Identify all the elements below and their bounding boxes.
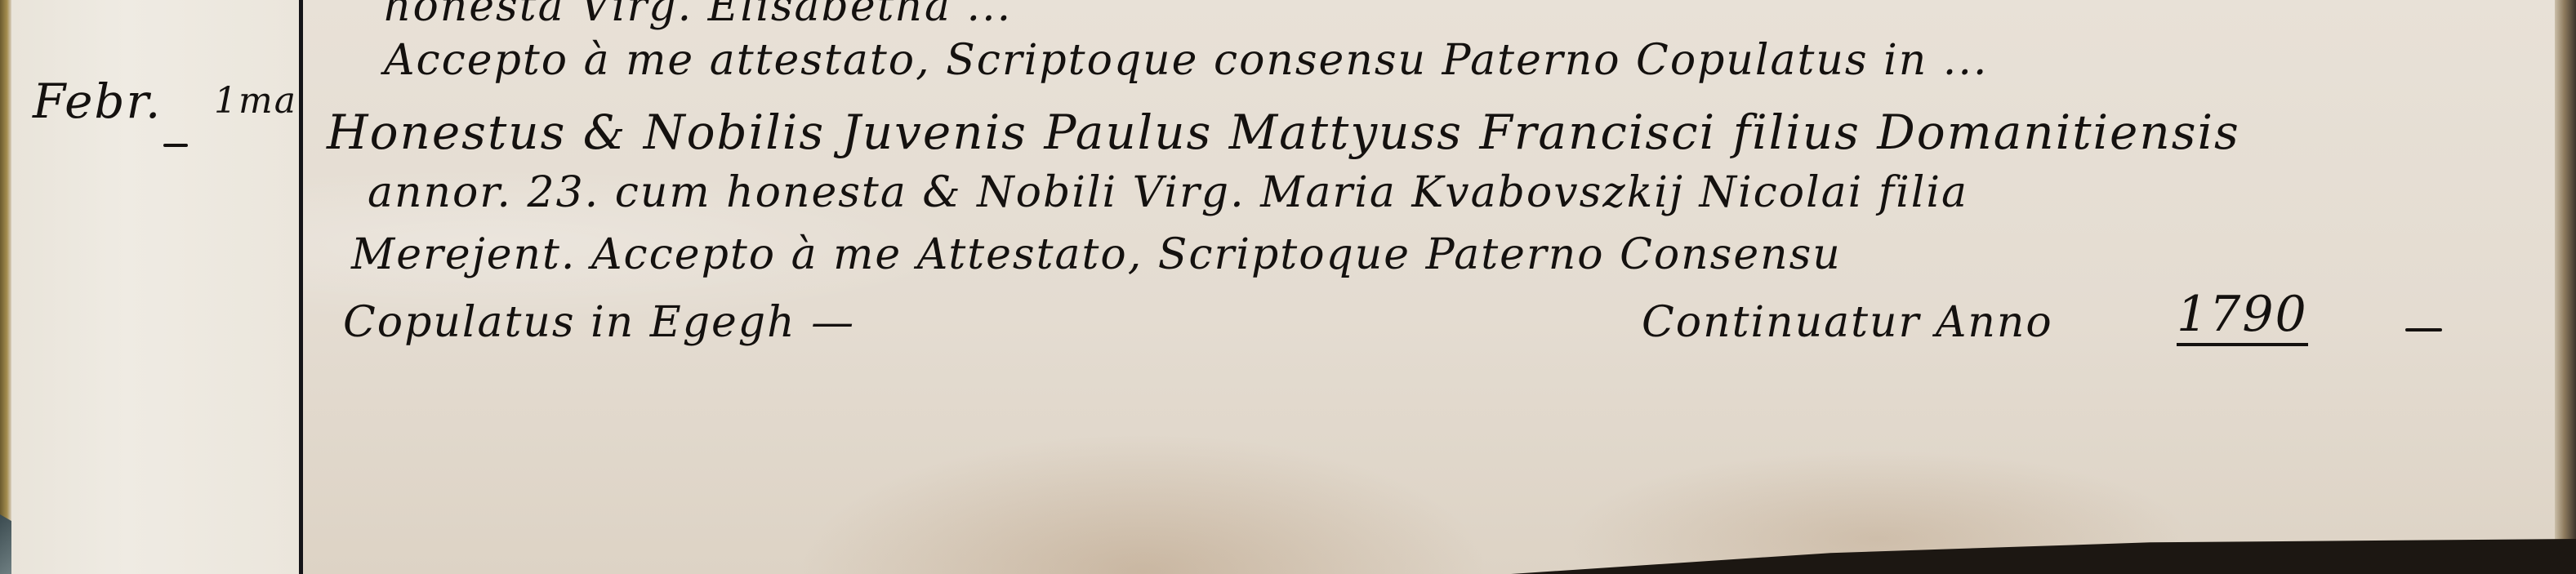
bottom-shadow	[1511, 539, 2576, 574]
margin-month: Febr.	[33, 73, 162, 129]
entry-line-6: Copulatus in Egegh —	[343, 298, 855, 347]
entry-line-2: Accepto à me attestato, Scriptoque conse…	[384, 36, 1988, 85]
entry-line-1: honesta Virg. Elisabetha ...	[384, 0, 1012, 31]
margin-rule-line	[299, 0, 303, 574]
margin-dash	[163, 144, 188, 147]
closing-dash	[2405, 328, 2442, 331]
continuation-label: Continuatur Anno	[1642, 298, 2053, 347]
margin-day: 1ma	[214, 80, 297, 122]
entry-line-3: Honestus & Nobilis Juvenis Paulus Mattyu…	[327, 105, 2240, 160]
entry-line-5: Merejent. Accepto à me Attestato, Script…	[351, 230, 1842, 279]
register-page: Febr. 1ma honesta Virg. Elisabetha ... A…	[0, 0, 2576, 574]
page-edge-right	[2555, 0, 2576, 574]
continuation-year: 1790	[2177, 286, 2308, 346]
book-binding-edge	[0, 0, 11, 574]
entry-line-4: annor. 23. cum honesta & Nobili Virg. Ma…	[368, 168, 1968, 217]
